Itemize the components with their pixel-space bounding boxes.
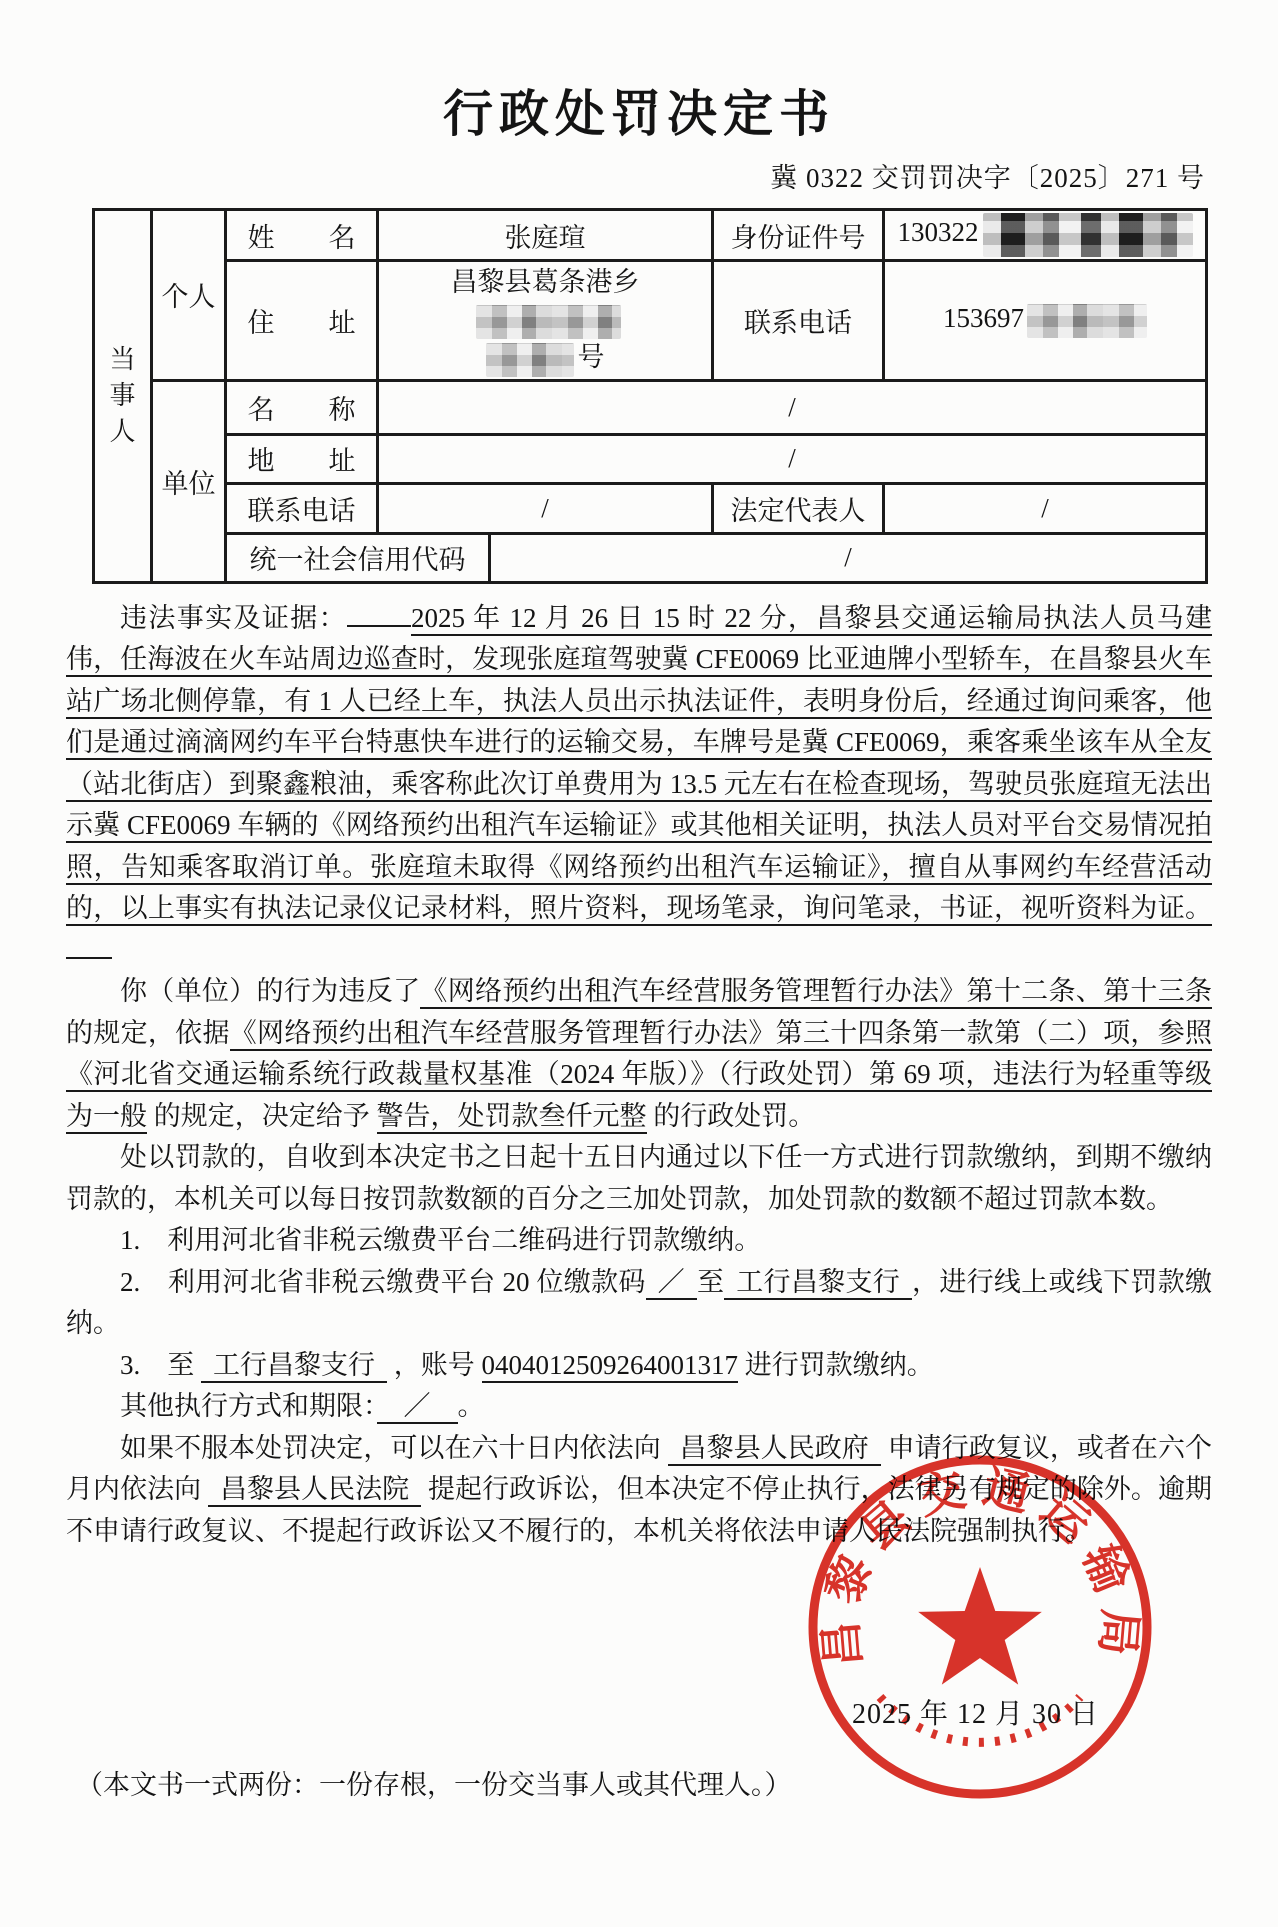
violation-connector: 的规定，决定给予	[147, 1101, 377, 1131]
footer-note: （本文书一式两份：一份存根，一份交当事人或其代理人。）	[76, 1763, 792, 1802]
seal-star-icon	[918, 1567, 1042, 1685]
id-value-prefix: 130322	[898, 217, 979, 247]
item3-lead: 3. 至	[120, 1350, 201, 1380]
item2-lead: 2. 利用河北省非税云缴费平台 20 位缴款码	[120, 1267, 646, 1297]
official-seal: 昌黎县交通运输局	[795, 1442, 1165, 1812]
unit-label-cell: 单位	[152, 380, 226, 582]
paragraph-other-method: 其他执行方式和期限： ／ 。	[66, 1386, 1212, 1428]
unit-name-label-cell: 名 称	[226, 380, 378, 434]
credit-code-label-cell: 统一社会信用代码	[226, 533, 490, 582]
other-method-label: 其他执行方式和期限：	[120, 1391, 377, 1421]
bank-name-fill: 工行昌黎支行	[724, 1267, 912, 1300]
unit-phone-label-cell: 联系电话	[226, 483, 378, 533]
violated-articles-fill: 《网络预约出租汽车经营服务管理暂行办法》第十二条、第十三条	[420, 976, 1212, 1009]
decision-body: 违法事实及证据：2025 年 12 月 26 日 15 时 22 分，昌黎县交通…	[66, 598, 1212, 1553]
address-text: 昌黎县葛条港乡	[451, 267, 640, 297]
redaction-mosaic	[486, 343, 574, 377]
id-value-cell: 130322	[884, 210, 1207, 261]
unit-address-label-cell: 地 址	[226, 434, 378, 483]
address-label-cell: 住 址	[226, 261, 378, 381]
payment-item-2: 2. 利用河北省非税云缴费平台 20 位缴款码／至工行昌黎支行，进行线上或线下罚…	[66, 1262, 1212, 1345]
person-label-cell: 个人	[152, 210, 226, 381]
legal-rep-label-cell: 法定代表人	[713, 483, 884, 533]
table-row: 联系电话 / 法定代表人 /	[94, 483, 1207, 533]
address-line-2: 号	[383, 339, 707, 377]
name-value-cell: 张庭瑄	[378, 210, 713, 261]
penalty-decision-fill: 警告，处罚款叁仟元整	[377, 1101, 647, 1134]
other-method-tail: 。	[458, 1391, 485, 1421]
facts-label: 违法事实及证据：	[120, 603, 347, 633]
payment-code-fill: ／	[646, 1267, 697, 1300]
account-number-fill: 0404012509264001317	[482, 1350, 739, 1383]
unit-name-value-cell: /	[378, 380, 1207, 434]
phone-value-prefix: 153697	[943, 303, 1024, 333]
item2-connector: 至	[697, 1267, 724, 1297]
address-value-cell: 昌黎县葛条港乡 号	[378, 261, 713, 381]
blank-underline	[66, 930, 112, 959]
item3-tail: 进行罚款缴纳。	[738, 1350, 934, 1380]
payment-item-1: 1. 利用河北省非税云缴费平台二维码进行罚款缴纳。	[66, 1220, 1212, 1262]
bank-name-fill: 工行昌黎支行	[201, 1350, 387, 1383]
other-method-fill: ／	[377, 1391, 458, 1424]
item3-connector: ，账号	[387, 1350, 482, 1380]
official-seal-graphic: 昌黎县交通运输局	[795, 1442, 1165, 1812]
violation-lead: 你（单位）的行为违反了	[120, 976, 420, 1006]
table-row: 单位 名 称 /	[94, 380, 1207, 434]
penalty-decision-document: 行政处罚决定书 冀 0322 交罚罚决字〔2025〕271 号 当事人 个人 姓…	[0, 0, 1278, 1927]
payment-item-3: 3. 至 工行昌黎支行 ，账号 0404012509264001317 进行罚款…	[66, 1345, 1212, 1387]
redaction-mosaic	[476, 305, 621, 339]
violation-tail: 的行政处罚。	[647, 1101, 816, 1131]
table-row: 统一社会信用代码 /	[94, 533, 1207, 582]
legal-rep-value-cell: /	[884, 483, 1207, 533]
id-label-cell: 身份证件号	[713, 210, 884, 261]
document-number: 冀 0322 交罚罚决字〔2025〕271 号	[0, 156, 1205, 195]
court-name-fill: 昌黎县人民法院	[208, 1474, 421, 1507]
credit-code-value-cell: /	[490, 533, 1207, 582]
paragraph-violation: 你（单位）的行为违反了《网络预约出租汽车经营服务管理暂行办法》第十二条、第十三条…	[66, 971, 1212, 1137]
appeal-lead: 如果不服本处罚决定，可以在六十日内依法向	[120, 1433, 668, 1463]
unit-phone-value-cell: /	[378, 483, 713, 533]
table-row: 当事人 个人 姓 名 张庭瑄 身份证件号 130322	[94, 210, 1207, 261]
table-row: 住 址 昌黎县葛条港乡 号 联系电话 153697	[94, 261, 1207, 381]
paragraph-payment-intro: 处以罚款的，自收到本决定书之日起十五日内通过以下任一方式进行罚款缴纳，到期不缴纳…	[66, 1137, 1212, 1220]
decision-date: 2025 年 12 月 30 日	[852, 1692, 1099, 1732]
page-title: 行政处罚决定书	[0, 74, 1278, 146]
unit-address-value-cell: /	[378, 434, 1207, 483]
address-line-1: 昌黎县葛条港乡	[383, 264, 707, 339]
blank-underline	[347, 598, 411, 627]
redaction-mosaic	[1027, 304, 1147, 338]
phone-value-cell: 153697	[884, 261, 1207, 381]
violation-connector: 的规定，依据	[66, 1018, 230, 1048]
party-label-cell: 当事人	[94, 210, 152, 583]
phone-label-cell: 联系电话	[713, 261, 884, 381]
paragraph-facts: 违法事实及证据：2025 年 12 月 26 日 15 时 22 分，昌黎县交通…	[66, 598, 1212, 972]
redaction-mosaic	[983, 213, 1193, 257]
name-label-cell: 姓 名	[226, 210, 378, 261]
party-info-table: 当事人 个人 姓 名 张庭瑄 身份证件号 130322 住 址 昌黎县葛条港乡 …	[92, 208, 1208, 584]
address-suffix: 号	[578, 342, 605, 372]
table-row: 地 址 /	[94, 434, 1207, 483]
facts-filled-text: 2025 年 12 月 26 日 15 时 22 分，昌黎县交通运输局执法人员马…	[66, 603, 1212, 927]
